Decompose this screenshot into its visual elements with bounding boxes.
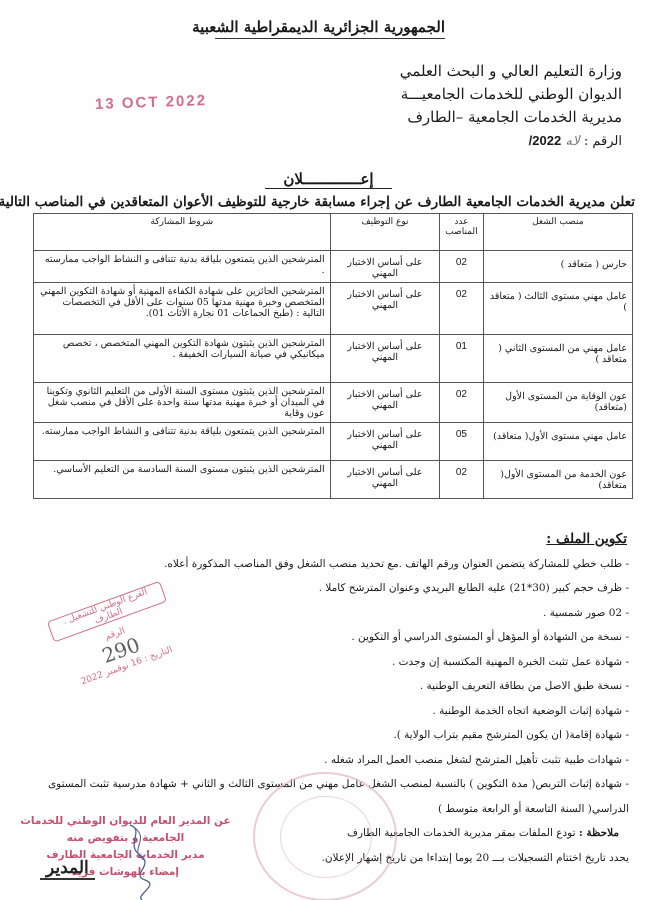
- cell-conditions: المترشحين الذين يثبتون مستوى السنة الأول…: [34, 383, 331, 423]
- ministry-name: وزارة التعليم العالي و البحث العلمي: [400, 60, 622, 83]
- header-type: نوع التوظيف: [330, 214, 440, 251]
- header-conditions: شروط المشاركة: [34, 214, 331, 251]
- cell-type: على أساس الاختبار المهني: [330, 283, 440, 335]
- cell-type: على أساس الاختبار المهني: [330, 461, 440, 499]
- cell-post: حارس ( متعاقد ): [483, 251, 632, 283]
- cell-type: على أساس الاختبار المهني: [330, 251, 440, 283]
- cell-post: عامل مهني مستوى الأول( متعاقد): [483, 423, 632, 461]
- reference-label: الرقم :: [584, 134, 622, 149]
- announcement-title: إعـــــــــــــلان: [0, 170, 657, 188]
- cell-count: 05: [440, 423, 483, 461]
- cell-type: على أساس الاختبار المهني: [330, 335, 440, 383]
- cell-conditions: المترشحين الذين يتمتعون بلياقة بدنية تتن…: [34, 251, 331, 283]
- signature-scribble-icon: [120, 820, 160, 900]
- received-date-stamp: 13 OCT 2022: [95, 92, 208, 113]
- header-post: منصب الشغل: [483, 214, 632, 251]
- table-header-row: منصب الشغل عدد المناصب نوع التوظيف شروط …: [34, 214, 633, 251]
- reference-number: 2022/: [529, 133, 562, 148]
- cell-type: على أساس الاختبار المهني: [330, 383, 440, 423]
- cell-count: 02: [440, 251, 483, 283]
- table-row: عامل مهني مستوى الأول( متعاقد) 05 على أس…: [34, 423, 633, 461]
- cell-conditions: المترشحين الذين يثبتون مستوى السنة الساد…: [34, 461, 331, 499]
- issuer-block: وزارة التعليم العالي و البحث العلمي الدي…: [400, 60, 622, 153]
- office-name: الديوان الوطني للخدمات الجامعيـــة: [400, 83, 622, 106]
- file-item: - شهادة إقامة( ان يكون المترشح مقيم بترا…: [48, 723, 629, 748]
- cell-conditions: المترشحين الحائزين على شهادة الكفاءة الم…: [34, 283, 331, 335]
- official-seal-icon: [253, 772, 397, 900]
- reference-handwritten-icon: ﻻﻪ: [565, 134, 579, 149]
- republic-heading: الجمهورية الجزائرية الديمقراطية الشعبية: [215, 18, 445, 39]
- cell-post: عامل مهني مستوى الثالث ( متعاقد ): [483, 283, 632, 335]
- note-label: ملاحظة :: [579, 827, 619, 839]
- header-count: عدد المناصب: [440, 214, 483, 251]
- jobs-table: منصب الشغل عدد المناصب نوع التوظيف شروط …: [33, 213, 633, 499]
- table-row: عون الخدمة من المستوى الأول( متعاقد) 02 …: [34, 461, 633, 499]
- director-title: المدير: [40, 858, 95, 880]
- announcement-title-text: إعـــــــــــــلان: [265, 170, 391, 189]
- announcement-intro: تعلن مديرية الخدمات الجامعية الطارف عن إ…: [0, 194, 635, 210]
- file-item: - طلب خطي للمشاركة يتضمن العنوان ورقم ال…: [48, 552, 629, 577]
- cell-post: عون الوقاية من المستوى الأول (متعاقد): [483, 383, 632, 423]
- cell-post: عون الخدمة من المستوى الأول( متعاقد): [483, 461, 632, 499]
- cell-post: عامل مهني من المستوى الثاني ( متعاقد ): [483, 335, 632, 383]
- reference-line: الرقم : ﻻﻪ 2022/: [400, 129, 622, 153]
- table-row: عامل مهني من المستوى الثاني ( متعاقد ) 0…: [34, 335, 633, 383]
- cell-count: 01: [440, 335, 483, 383]
- table-row: عامل مهني مستوى الثالث ( متعاقد ) 02 على…: [34, 283, 633, 335]
- table-row: عون الوقاية من المستوى الأول (متعاقد) 02…: [34, 383, 633, 423]
- cell-conditions: المترشحين الذين يتمتعون بلياقة بدنية تتن…: [34, 423, 331, 461]
- cell-count: 02: [440, 383, 483, 423]
- cell-count: 02: [440, 283, 483, 335]
- cell-count: 02: [440, 461, 483, 499]
- file-title: تكوين الملف :: [48, 527, 627, 552]
- file-item: - شهادات طبية تثبت تأهيل المترشح لشغل من…: [48, 748, 629, 773]
- cell-type: على أساس الاختبار المهني: [330, 423, 440, 461]
- table-row: حارس ( متعاقد ) 02 على أساس الاختبار الم…: [34, 251, 633, 283]
- cell-conditions: المترشحين الذين يثبتون شهادة التكوين الم…: [34, 335, 331, 383]
- directorate-name: مديرية الخدمات الجامعية –الطارف: [400, 106, 622, 129]
